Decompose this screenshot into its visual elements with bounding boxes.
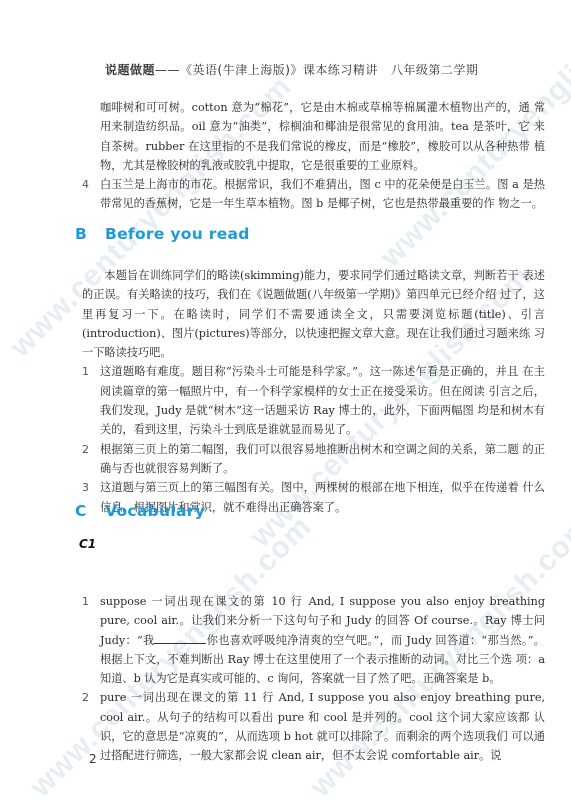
section-title: Vocabulary [105,502,205,520]
text-line: (introduction)、图片(pictures)等部分，以快速把握文章大意… [82,327,530,340]
section-b-item-1: 1 这道题略有难度。题目称“污染斗士可能是科学家。”。这一陈述乍看是正确的，并且… [82,362,545,439]
text-line: 这道题与第三页上的第三幅图有关。图中，两棵树的根部在地下相连，似乎在传递着 [100,481,519,494]
header-dash: —— [155,63,180,77]
section-b-intro: 本题旨在训练同学们的略读(skimming)能力，要求同学们通过略读文章，判断若… [82,266,545,362]
running-header: 说题做题——《英语(牛津上海版)》课本练习精讲 八年级第二学期 [105,61,478,78]
text-line-with-blank: Judy：“我你也喜欢呼吸纯净清爽的空气吧。”，而 Judy 回答道：“那当然。… [100,634,545,647]
text-line: cool air.。让我们来分析一下这句句子和 Judy 的回答 Of cour… [134,614,545,627]
text-line: 根据第三页上的第二幅图，我们可以很容易地推断出树木和空调之间的关系，第二题 [100,443,519,456]
item-number: 3 [82,478,89,497]
item-number: 4 [82,175,89,194]
item-number: 1 [82,362,89,381]
item-number: 2 [82,688,89,707]
text-line: 根据上下文，不难判断出 Ray 博士在这里使用了一个表示推断的动词。对比三个选 [100,653,512,666]
section-c-item-1: 1 suppose 一词出现在课文的第 10 行 And, I suppose … [82,592,545,688]
section-c-item-2: 2 pure 一词出现在课文的第 11 行 And, I suppose you… [82,688,545,765]
grade-label: 八年级第二学期 [391,63,479,77]
section-a-continued: 咖啡树和可可树。cotton 意为“棉花”，它是由木棉或草棉等棉属灌木植物出产的… [100,98,545,214]
fill-in-blank [154,632,206,644]
text-line: 这道题略有难度。题目称“污染斗士可能是科学家。”。这一陈述乍看是正确的，并且 [100,365,519,378]
section-letter: C [75,502,105,520]
item-number: 1 [82,592,89,611]
section-letter: B [75,225,105,243]
series-title: 说题做题 [105,63,155,77]
section-b-item-2: 2 根据第三页上的第二幅图，我们可以很容易地推断出树木和空调之间的关系，第二题 … [82,440,545,479]
item-4: 4 白玉兰是上海市的市花。根据常识，我们不难猜出，图 c 中的花朵便是白玉兰。图… [82,175,545,214]
section-c-body: 1 suppose 一词出现在课文的第 10 行 And, I suppose … [100,592,545,766]
section-b-body: 本题旨在训练同学们的略读(skimming)能力，要求同学们通过略读文章，判断若… [100,266,545,517]
text-line: 本题旨在训练同学们的略读(skimming)能力，要求同学们通过略读文章，判断若… [104,269,518,282]
page-number: 2 [89,752,97,766]
text-fragment: Judy：“我 [100,634,154,647]
item-3-continued: 咖啡树和可可树。cotton 意为“棉花”，它是由木棉或草棉等棉属灌木植物出产的… [100,98,545,175]
text-line: cool air.。从句子的结构可以看出 pure 和 cool 是并列的。co… [100,711,530,724]
section-title: Before you read [105,225,250,243]
item-number: 2 [82,440,89,459]
text-line: pure 一词出现在课文的第 11 行 And, I suppose you a… [100,691,545,704]
subsection-c1-label: C1 [79,537,96,551]
book-title: 《英语(牛津上海版)》课本练习精讲 [180,63,378,77]
text-line: 白玉兰是上海市的市花。根据常识，我们不难猜出，图 c 中的花朵便是白玉兰。图 a [100,178,519,191]
text-fragment: 你也喜欢呼吸纯净清爽的空气吧。”，而 Judy 回答道：“那当然。”。 [206,634,545,647]
document-page: 说题做题——《英语(牛津上海版)》课本练习精讲 八年级第二学期 咖啡树和可可树。… [0,0,571,800]
section-b-heading: BBefore you read [75,225,250,243]
text-line: 咖啡树和可可树。cotton 意为“棉花”，它是由木棉或草棉等棉属灌木植物出产的… [100,101,530,114]
section-c-heading: CVocabulary [75,502,205,520]
text-line: 物之一。 [498,197,543,210]
